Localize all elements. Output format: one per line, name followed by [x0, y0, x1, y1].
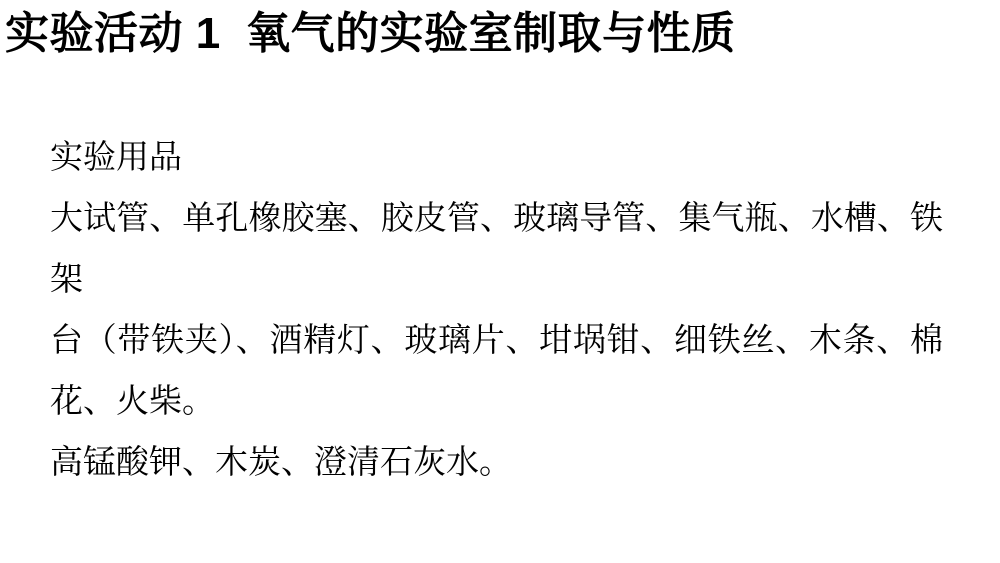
page-title: 实验活动 1 氧气的实验室制取与性质 — [5, 6, 736, 62]
document-page: 实验活动 1 氧气的实验室制取与性质 实验用品 大试管、单孔橡胶塞、胶皮管、玻璃… — [0, 0, 1000, 563]
supplies-line-1: 大试管、单孔橡胶塞、胶皮管、玻璃导管、集气瓶、水槽、铁架 — [50, 189, 943, 311]
content-block: 实验用品 大试管、单孔橡胶塞、胶皮管、玻璃导管、集气瓶、水槽、铁架 台（带铁夹）… — [50, 128, 943, 494]
supplies-line-3: 花、火柴。 — [50, 372, 943, 433]
section-heading: 实验用品 — [50, 128, 943, 189]
reagents-line: 高锰酸钾、木炭、澄清石灰水。 — [50, 433, 943, 494]
supplies-line-2: 台（带铁夹）、酒精灯、玻璃片、坩埚钳、细铁丝、木条、棉 — [50, 311, 943, 372]
